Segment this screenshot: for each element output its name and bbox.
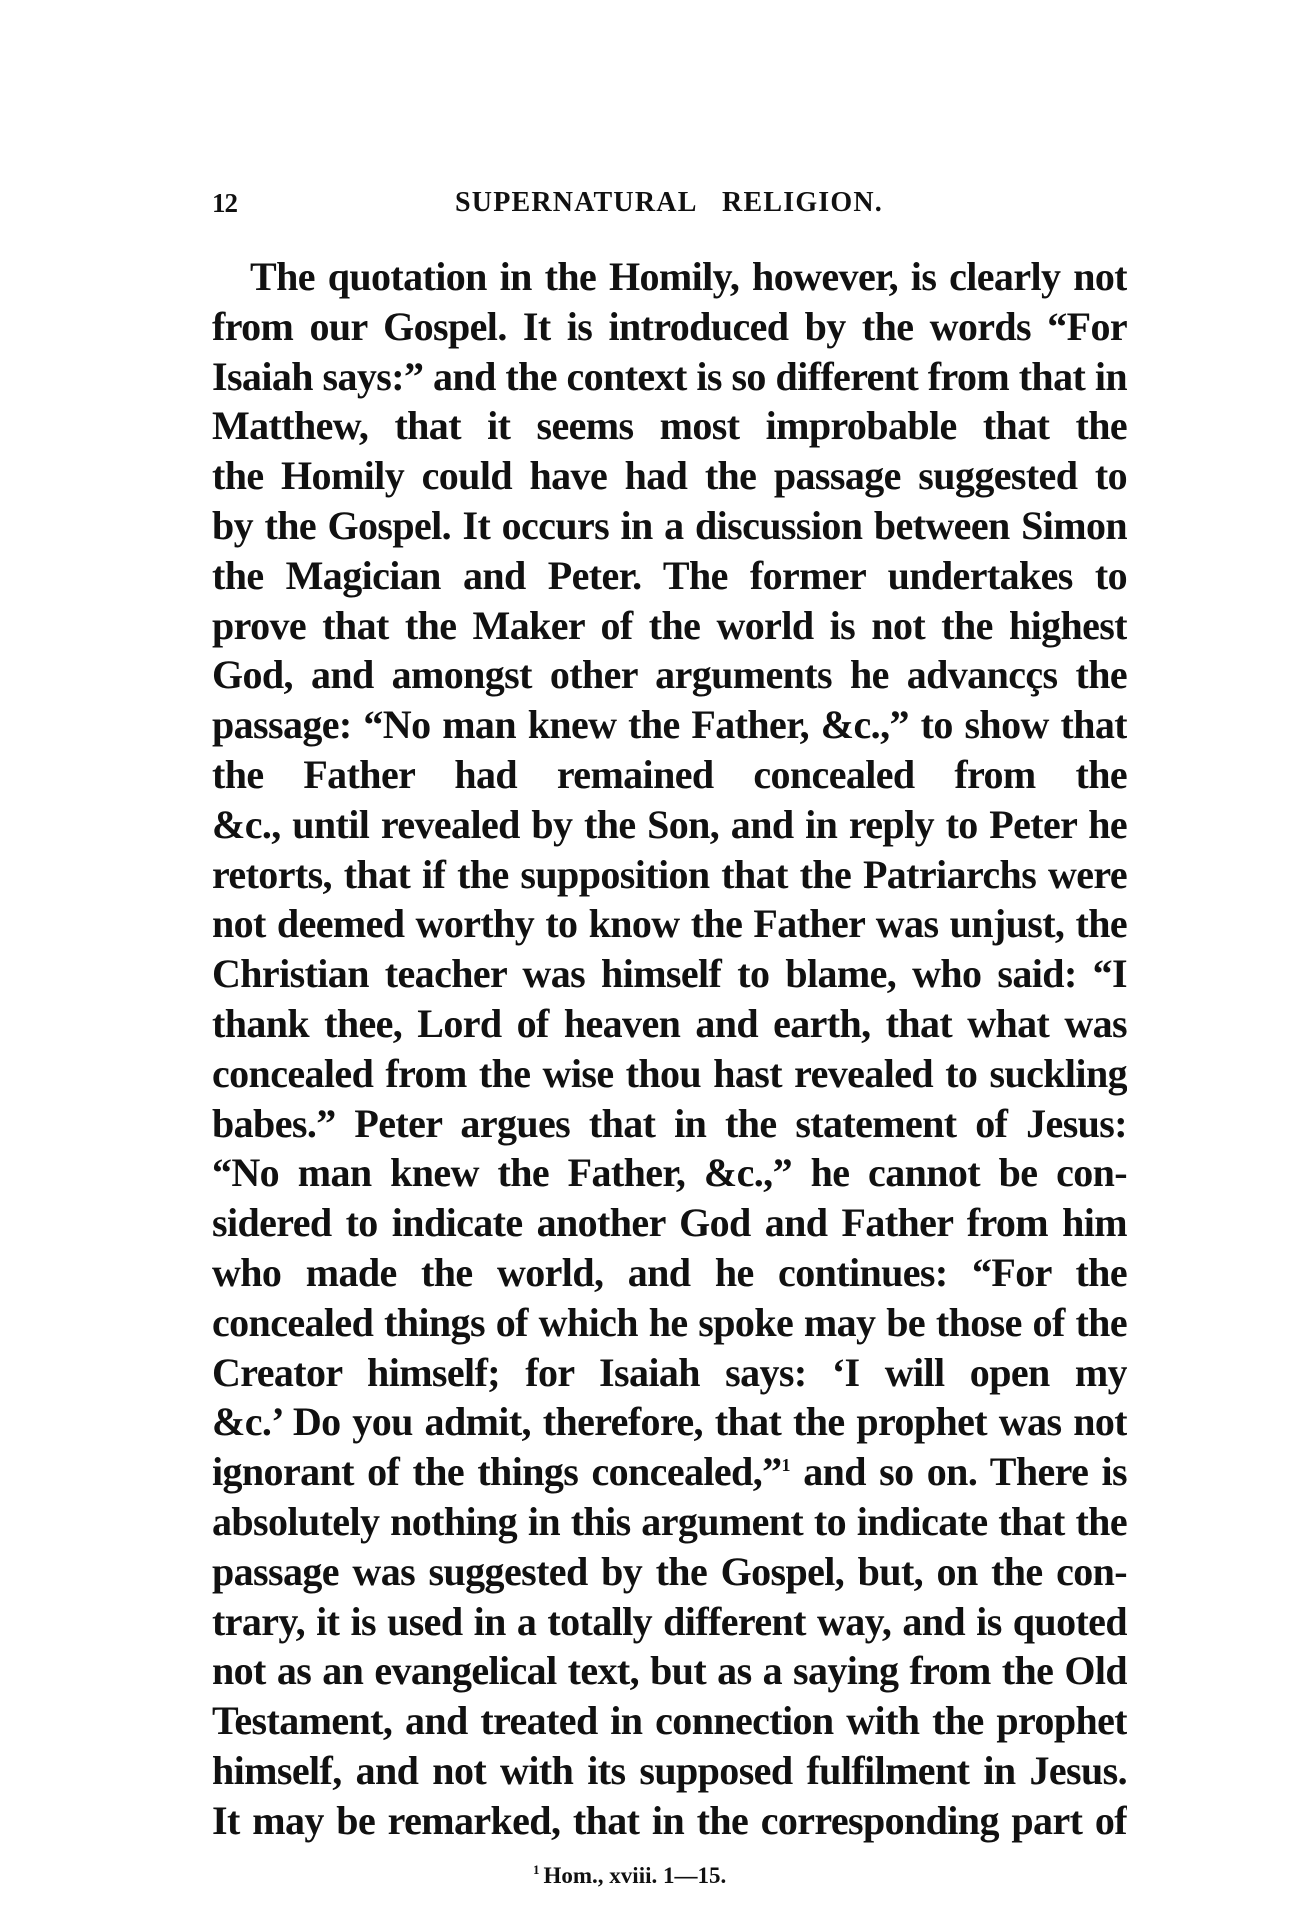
text-line: thank thee, Lord of heaven and earth, th… <box>212 999 1127 1049</box>
footnote-text: Hom., xviii. 1—15. <box>544 1863 727 1888</box>
text-line: the Homily could have had the passage su… <box>212 451 1127 501</box>
text-line: passage was suggested by the Gospel, but… <box>212 1547 1127 1597</box>
text-line: himself, and not with its supposed fulfi… <box>212 1746 1127 1796</box>
text-line: The quotation in the Homily, however, is… <box>212 252 1127 302</box>
footnote-marker: 1 <box>533 1862 540 1877</box>
footnote: 1Hom., xviii. 1—15. <box>533 1862 833 1890</box>
text-segment: ignorant of the things concealed,” <box>212 1449 782 1494</box>
text-line: Creator himself; for Isaiah says: ‘I wil… <box>212 1348 1127 1398</box>
footnote-reference[interactable]: 1 <box>782 1455 790 1475</box>
text-segment: and so on. There is <box>790 1449 1127 1494</box>
text-line: prove that the Maker of the world is not… <box>212 601 1127 651</box>
text-line: Christian teacher was himself to blame, … <box>212 949 1127 999</box>
running-head: 12 SUPERNATURAL RELIGION. <box>212 186 1127 220</box>
book-page: 12 SUPERNATURAL RELIGION. The quotation … <box>0 0 1292 1925</box>
text-line: It may be remarked, that in the correspo… <box>212 1796 1127 1846</box>
text-line: sidered to indicate another God and Fath… <box>212 1198 1127 1248</box>
text-line: not as an evangelical text, but as a say… <box>212 1646 1127 1696</box>
text-line: absolutely nothing in this argument to i… <box>212 1497 1127 1547</box>
text-line: trary, it is used in a totally different… <box>212 1597 1127 1647</box>
text-line: who made the world, and he continues: “F… <box>212 1248 1127 1298</box>
text-line: retorts, that if the supposition that th… <box>212 850 1127 900</box>
text-line: Matthew, that it seems most improbable t… <box>212 401 1127 451</box>
text-line: Testament, and treated in connection wit… <box>212 1696 1127 1746</box>
text-line: not deemed worthy to know the Father was… <box>212 899 1127 949</box>
text-line: concealed from the wise thou hast reveal… <box>212 1049 1127 1099</box>
page-number: 12 <box>212 186 237 220</box>
body-text: The quotation in the Homily, however, is… <box>212 252 1127 1846</box>
text-line: by the Gospel. It occurs in a discussion… <box>212 501 1127 551</box>
text-line: concealed things of which he spoke may b… <box>212 1298 1127 1348</box>
text-line: the Father had remained concealed from t… <box>212 750 1127 800</box>
text-line: the Magician and Peter. The former under… <box>212 551 1127 601</box>
text-line: “No man knew the Father, &c.,” he cannot… <box>212 1148 1127 1198</box>
text-line-with-footnote-ref: ignorant of the things concealed,”1 and … <box>212 1447 1127 1497</box>
text-line: &c., until revealed by the Son, and in r… <box>212 800 1127 850</box>
text-line: from our Gospel. It is introduced by the… <box>212 302 1127 352</box>
text-line: &c.’ Do you admit, therefore, that the p… <box>212 1397 1127 1447</box>
text-line: babes.” Peter argues that in the stateme… <box>212 1099 1127 1149</box>
text-line: God, and amongst other arguments he adva… <box>212 650 1127 700</box>
running-title: SUPERNATURAL RELIGION. <box>455 186 883 220</box>
text-line: passage: “No man knew the Father, &c.,” … <box>212 700 1127 750</box>
text-line: Isaiah says:” and the context is so diff… <box>212 352 1127 402</box>
